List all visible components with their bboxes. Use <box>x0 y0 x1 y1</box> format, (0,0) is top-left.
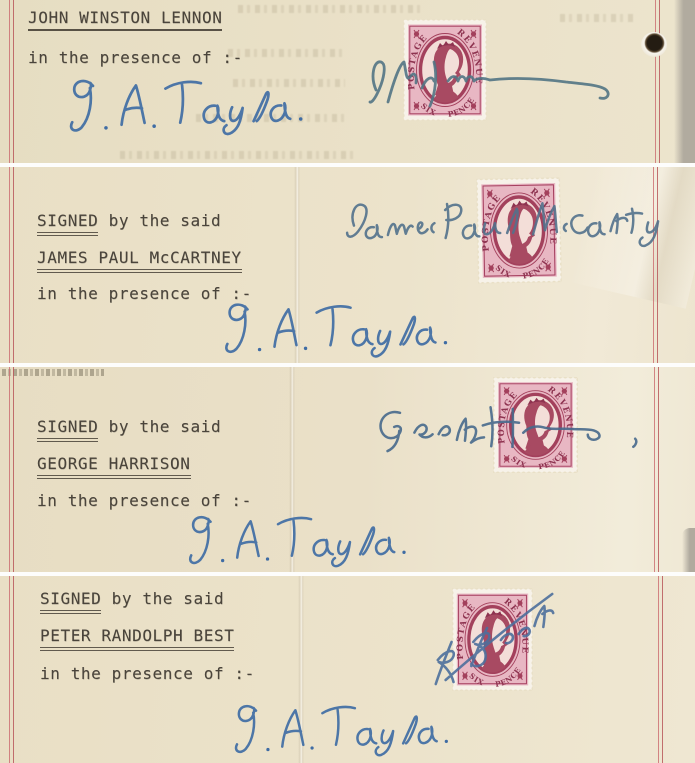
presence-line: in the presence of :- <box>40 664 255 683</box>
signed-word: SIGNED <box>37 211 98 236</box>
signer-name-text: GEORGE HARRISON <box>37 454 191 479</box>
witness-signature <box>177 503 423 572</box>
left-margin-rule <box>9 576 10 763</box>
bleedthrough-text <box>560 14 635 22</box>
signer-name-line: GEORGE HARRISON <box>37 454 191 473</box>
bleedthrough-text <box>120 151 355 159</box>
signer-name-text: PETER RANDOLPH BEST <box>40 626 234 651</box>
signed-word: SIGNED <box>40 589 101 614</box>
signed-rest: by the said <box>101 589 224 608</box>
signed-rest: by the said <box>98 211 221 230</box>
left-margin-rule <box>13 167 14 363</box>
left-margin-rule <box>13 576 14 763</box>
witness-signature <box>213 292 465 363</box>
strip-best: SIGNED by the said PETER RANDOLPH BEST i… <box>0 576 695 763</box>
strip-lennon: JOHN WINSTON LENNON in the presence of :… <box>0 0 695 163</box>
photo-edge <box>682 528 695 572</box>
right-margin-rule <box>654 367 655 572</box>
strip-harrison: SIGNED by the said GEORGE HARRISON in th… <box>0 367 695 572</box>
signed-line: SIGNED by the said <box>37 211 221 230</box>
right-margin-rule <box>662 576 663 763</box>
typewriter-smudge <box>2 369 104 376</box>
left-margin-rule <box>13 367 14 572</box>
signed-line: SIGNED by the said <box>40 589 224 608</box>
signer-name-text: JOHN WINSTON LENNON <box>28 8 222 31</box>
signed-line: SIGNED by the said <box>37 417 221 436</box>
witness-signature <box>223 692 465 762</box>
signer-signature <box>337 186 668 258</box>
signer-name-line: PETER RANDOLPH BEST <box>40 626 234 645</box>
signer-signature <box>369 393 642 460</box>
left-margin-rule <box>9 367 10 572</box>
signer-signature <box>360 50 618 114</box>
presence-line: in the presence of :- <box>28 48 243 67</box>
left-margin-rule <box>9 0 10 163</box>
presence-line: in the presence of :- <box>37 491 252 510</box>
right-margin-rule <box>659 0 660 163</box>
signer-name-text: JAMES PAUL McCARTNEY <box>37 248 242 273</box>
bleedthrough-text <box>238 5 423 13</box>
right-margin-rule <box>658 576 659 763</box>
signer-signature <box>418 582 568 696</box>
witness-signature <box>57 65 321 141</box>
right-margin-rule <box>658 367 659 572</box>
signed-rest: by the said <box>98 417 221 436</box>
signer-name-line: JAMES PAUL McCARTNEY <box>37 248 242 267</box>
bleedthrough-text <box>228 49 346 57</box>
signed-word: SIGNED <box>37 417 98 442</box>
strip-mccartney: SIGNED by the said JAMES PAUL McCARTNEY … <box>0 167 695 363</box>
punch-hole <box>641 32 667 57</box>
signature-page-photo-composite: JOHN WINSTON LENNON in the presence of :… <box>0 0 695 763</box>
photo-edge <box>674 0 695 163</box>
signer-name-line: JOHN WINSTON LENNON <box>28 8 222 27</box>
right-margin-rule <box>655 0 656 163</box>
left-margin-rule <box>9 167 10 363</box>
left-margin-rule <box>13 0 14 163</box>
